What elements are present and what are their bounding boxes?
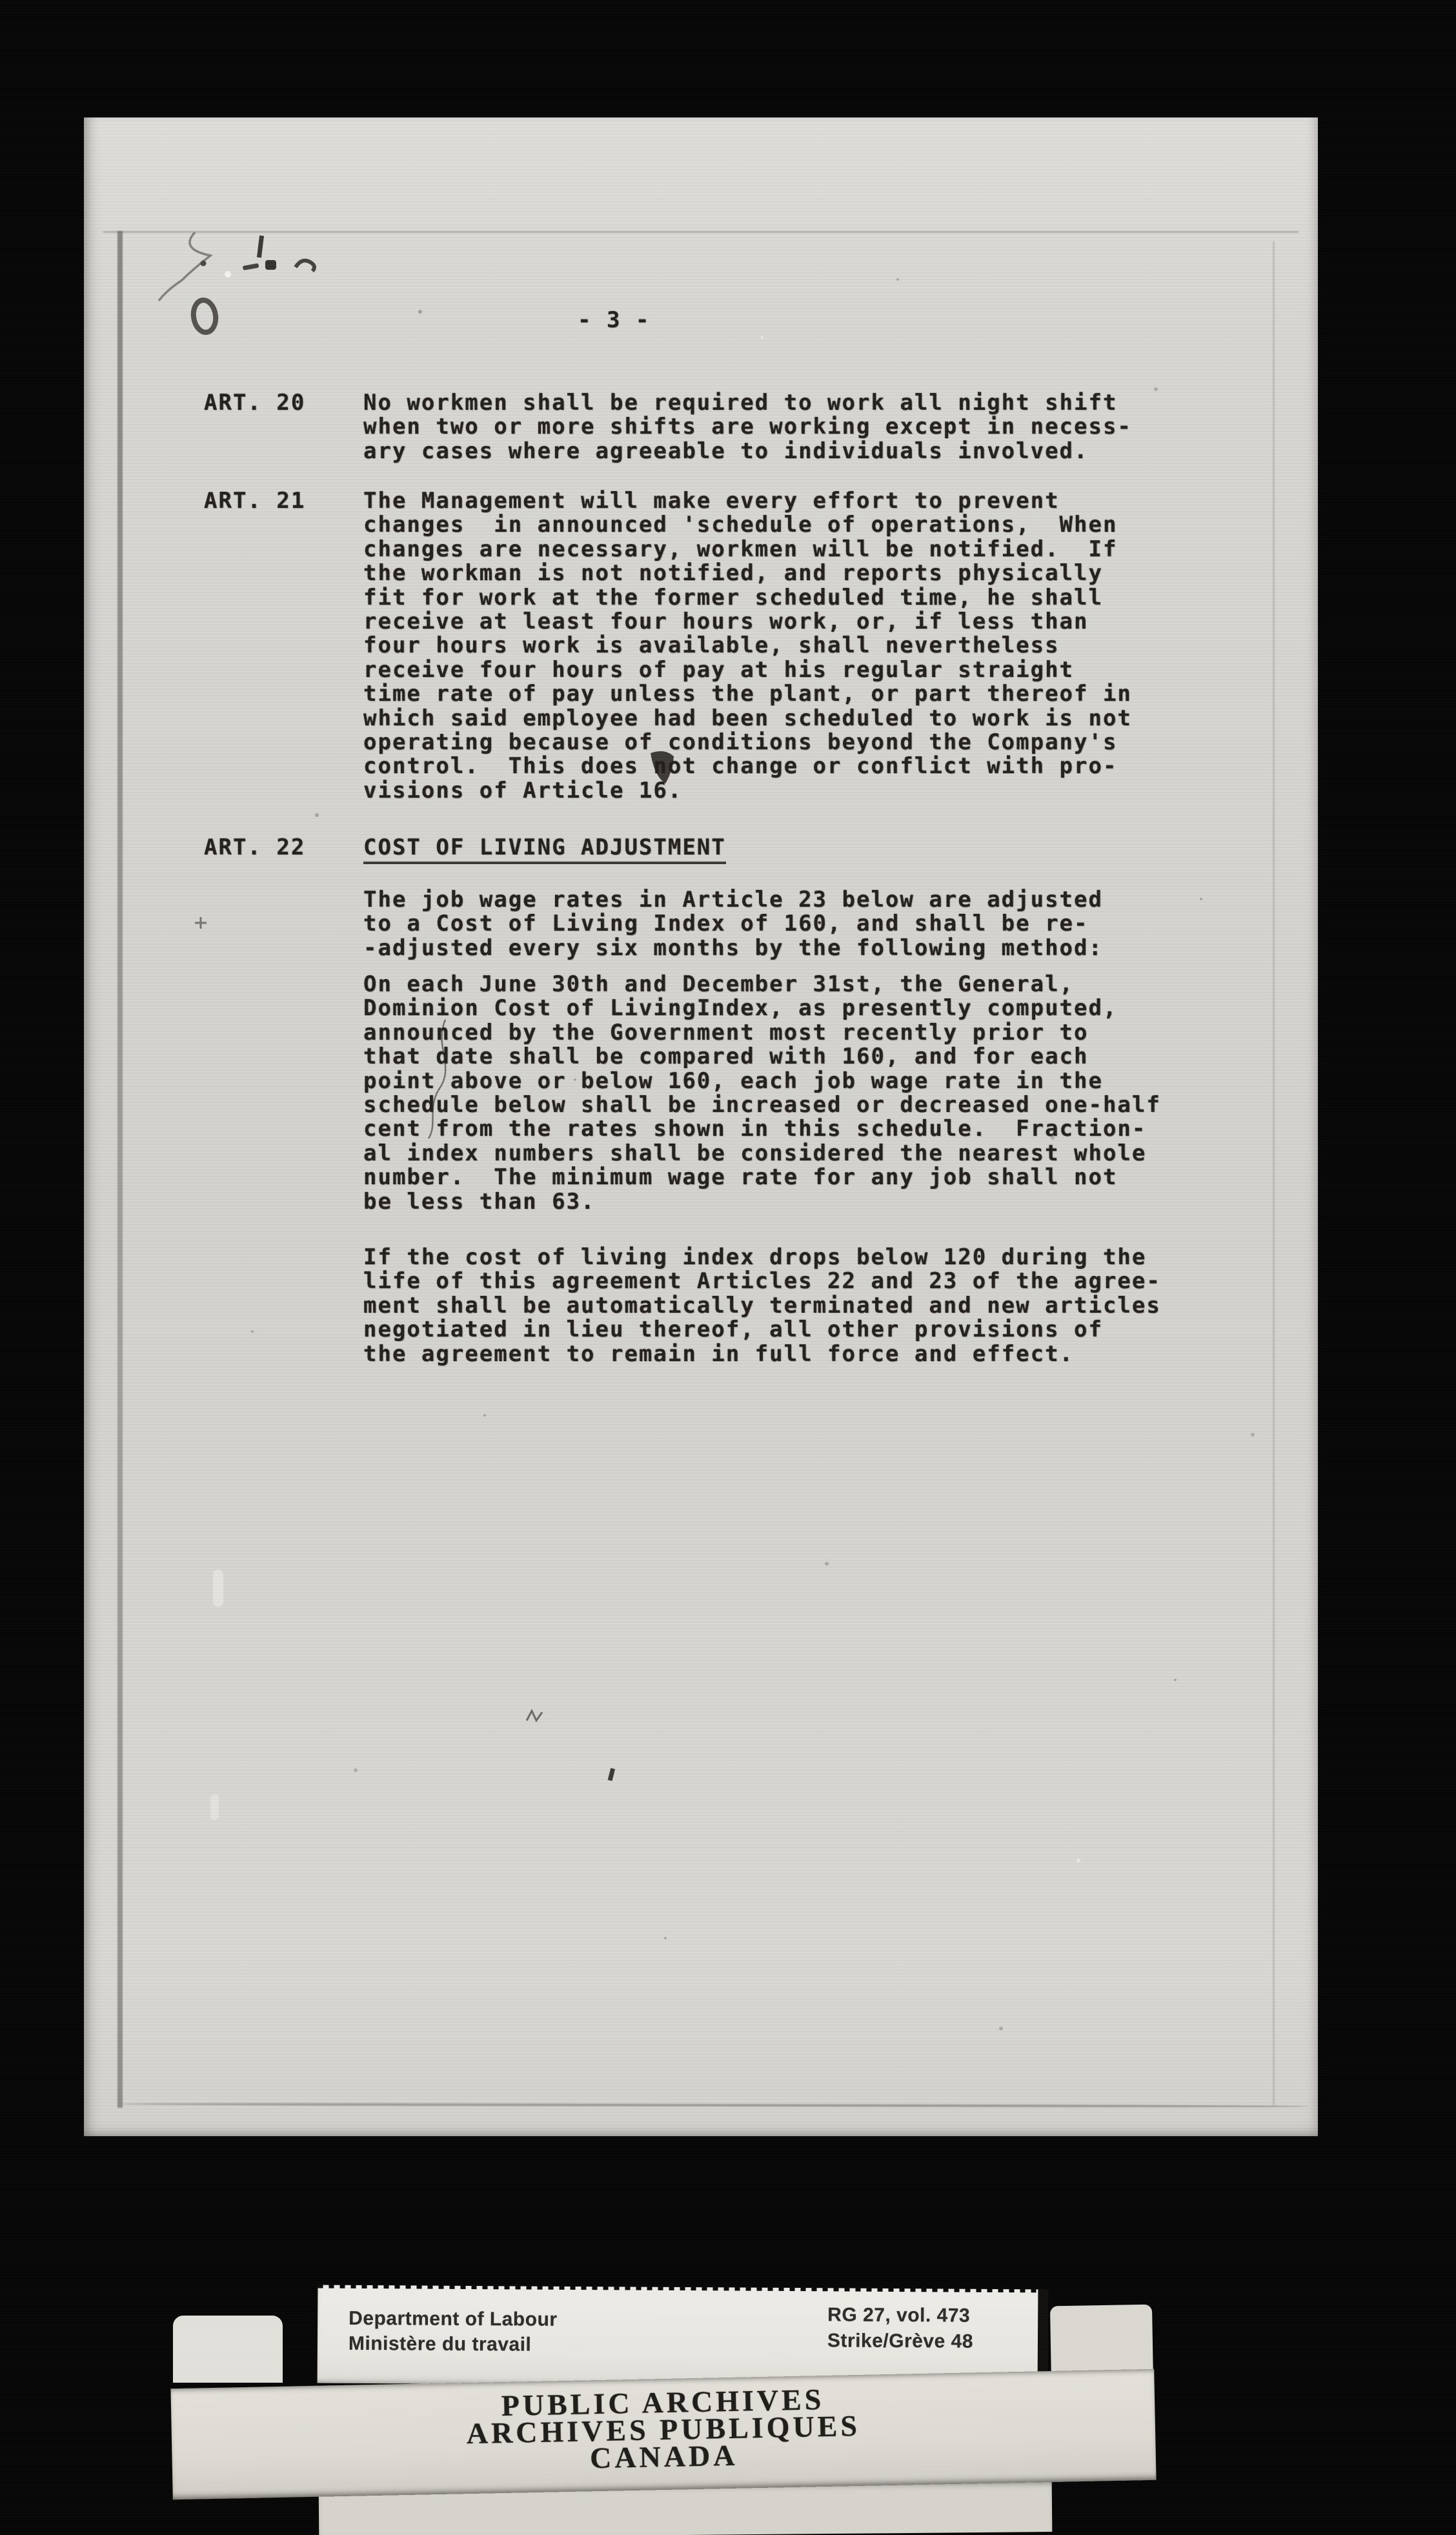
microfilm-photo: - 3 - ART. 20No workmen shall be require… [0, 0, 1456, 2535]
typed-line: fit for work at the former scheduled tim… [363, 586, 1132, 610]
perforated-edge [318, 2284, 1046, 2293]
pencil-check-mark [527, 1711, 542, 1721]
typed-line: The job wage rates in Article 23 below a… [363, 888, 1103, 912]
pencil-crack-mark [159, 232, 210, 301]
paper-scuff [213, 1570, 223, 1607]
typed-line: point above or below 160, each job wage … [363, 1069, 1161, 1093]
typed-line: time rate of pay unless the plant, or pa… [363, 682, 1132, 706]
article-label: ART. 21 [204, 489, 305, 513]
inner-sheet-bottom-crease [119, 2103, 1309, 2108]
public-archives-stamp: PUBLIC ARCHIVES ARCHIVES PUBLIQUES CANAD… [170, 2369, 1156, 2500]
typed-line: receive four hours of pay at his regular… [363, 658, 1132, 682]
typed-line: receive at least four hours work, or, if… [363, 610, 1132, 634]
paper-scuff [210, 1794, 219, 1820]
ink-blob-small [265, 260, 276, 270]
typed-line: If the cost of living index drops below … [363, 1246, 1161, 1269]
typed-line: number. The minimum wage rate for any jo… [363, 1166, 1161, 1189]
department-of-labour-card: Department of Labour Ministère du travai… [318, 2285, 1046, 2388]
archive-reference: RG 27, vol. 473 Strike/Grève 48 [827, 2302, 973, 2354]
typed-paragraph: The Management will make every effort to… [363, 489, 1132, 803]
typed-line: the workman is not notified, and reports… [363, 561, 1132, 585]
typed-line: to a Cost of Living Index of 160, and sh… [363, 912, 1103, 936]
typed-line: cent from the rates shown in this schedu… [363, 1117, 1161, 1141]
typed-paragraph: The job wage rates in Article 23 below a… [363, 888, 1103, 960]
article-label: ART. 20 [204, 391, 305, 415]
typed-line: -adjusted every six months by the follow… [363, 936, 1103, 960]
typed-line: ary cases where agreeable to individuals… [363, 439, 1132, 463]
typed-line: the agreement to remain in full force an… [363, 1342, 1161, 1366]
typed-line: changes in announced 'schedule of operat… [363, 513, 1132, 537]
typed-line: be less than 63. [363, 1190, 1161, 1214]
typed-line: announced by the Government most recentl… [363, 1021, 1161, 1045]
department-name-fr: Ministère du travail [349, 2331, 558, 2358]
page-number: - 3 - [578, 308, 650, 332]
typed-paragraph: On each June 30th and December 31st, the… [363, 973, 1161, 1214]
typed-line: four hours work is available, shall neve… [363, 634, 1132, 658]
card-edge-shadow [1038, 2289, 1049, 2381]
strike-file-reference: Strike/Grève 48 [827, 2328, 973, 2354]
typed-line: al index numbers shall be considered the… [363, 1142, 1161, 1166]
pencil-dash [243, 263, 259, 270]
typed-line: life of this agreement Articles 22 and 2… [363, 1269, 1161, 1293]
typed-line: visions of Article 16. [363, 779, 1132, 803]
typed-line: negotiated in lieu thereof, all other pr… [363, 1318, 1161, 1342]
typed-line: operating because of conditions beyond t… [363, 731, 1132, 754]
pencil-plus-mark [195, 917, 207, 929]
typed-line: that date shall be compared with 160, an… [363, 1045, 1161, 1069]
typed-line: No workmen shall be required to work all… [363, 391, 1132, 415]
inner-sheet-top-edge [103, 231, 1299, 233]
pencil-squiggle [296, 261, 314, 271]
inner-sheet-left-crease [117, 231, 123, 2108]
typed-line: which said employee had been scheduled t… [363, 707, 1132, 731]
label-tab-left [173, 2316, 283, 2383]
typed-line: changes are necessary, workmen will be n… [363, 538, 1132, 561]
article-heading: COST OF LIVING ADJUSTMENT [363, 836, 726, 864]
typed-line: schedule below shall be increased or dec… [363, 1093, 1161, 1117]
typed-line: control. This does not change or conflic… [363, 754, 1132, 778]
typed-line: when two or more shifts are working exce… [363, 415, 1132, 439]
handwritten-zero-mark [192, 299, 218, 334]
article-label: ART. 22 [204, 836, 305, 860]
pencil-dot [201, 261, 207, 267]
typed-line: ment shall be automatically terminated a… [363, 1294, 1161, 1318]
typed-paragraph: If the cost of living index drops below … [363, 1246, 1161, 1366]
film-hole-speck [225, 271, 231, 278]
inner-sheet-right-edge [1273, 241, 1275, 2105]
department-name-en: Department of Labour [349, 2306, 558, 2332]
paper-specks [84, 117, 85, 119]
ink-stroke-mark [257, 236, 264, 258]
department-name: Department of Labour Ministère du travai… [349, 2306, 558, 2358]
typed-line: The Management will make every effort to… [363, 489, 1132, 513]
record-group-reference: RG 27, vol. 473 [827, 2302, 973, 2328]
document-page: - 3 - ART. 20No workmen shall be require… [84, 117, 1318, 2136]
typed-line: Dominion Cost of LivingIndex, as present… [363, 996, 1161, 1020]
typed-line: On each June 30th and December 31st, the… [363, 973, 1161, 996]
typed-paragraph: No workmen shall be required to work all… [363, 391, 1132, 463]
ink-tick [608, 1768, 615, 1781]
